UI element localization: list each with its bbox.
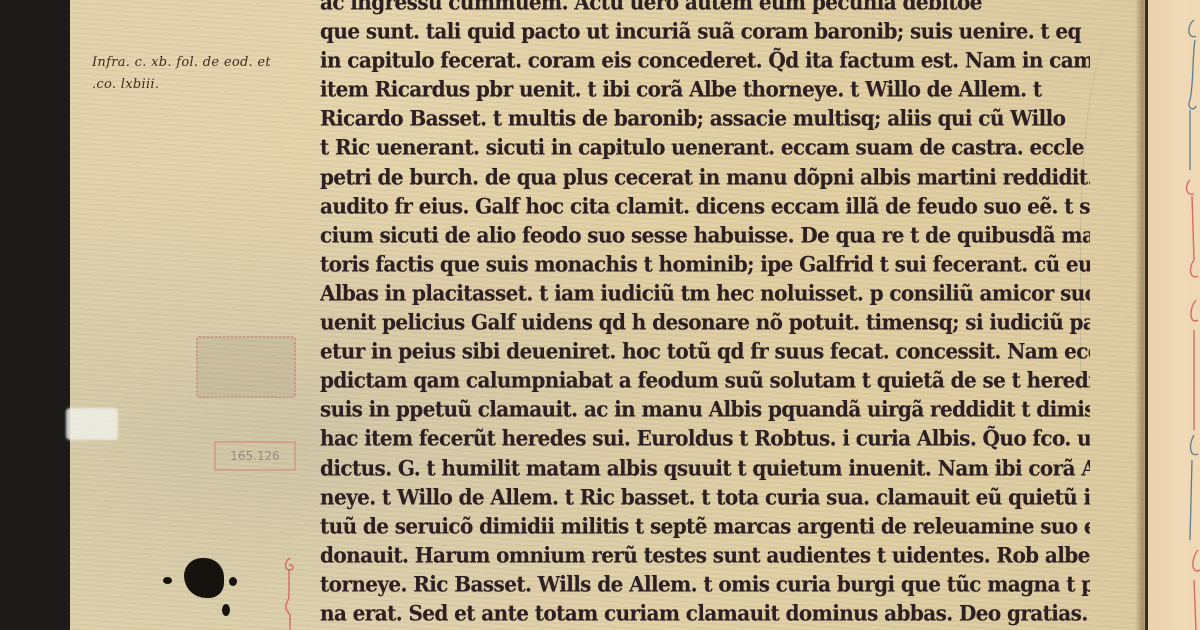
blue-red-flourish-border-icon: [1180, 0, 1200, 630]
text-line: donauit. Harum omnium rerũ testes sunt a…: [320, 540, 1090, 571]
text-line: Ricardo Basset. t multis de baronib; ass…: [320, 104, 1090, 135]
text-line: hac item fecerũt heredes sui. Euroldus t…: [320, 424, 1090, 455]
text-line: pdictam qam calumpniabat a feodum suũ so…: [320, 365, 1090, 396]
text-line: neye. t Willo de Allem. t Ric basset. t …: [320, 482, 1090, 513]
parchment-hole-small: [163, 577, 172, 584]
dark-binding-background: [0, 0, 70, 630]
manuscript-text-column: ac ingressu cummuem. Actu uero autem eum…: [320, 0, 1090, 628]
text-line: suis in ppetuũ clamauit. ac in manu Albi…: [320, 395, 1090, 426]
text-line: Albas in placitasset. t iam iudiciũ tm h…: [320, 278, 1090, 309]
text-line: tuũ de seruicõ dimidii militis t septẽ m…: [320, 511, 1090, 542]
gutter-fold-shadow: [1135, 0, 1149, 630]
text-line: in capitulo fecerat. coram eis concedere…: [320, 45, 1090, 76]
faded-shelfmark-stamp: 165.126: [214, 441, 296, 471]
text-line: dictus. G. t humilit matam albis qsuuit …: [320, 453, 1090, 484]
text-line: uenit pelicius Galf uidens qd h desonare…: [320, 307, 1090, 338]
text-line: toris factis que suis monachis t hominib…: [320, 249, 1090, 280]
text-line: cium sicuti de alio feodo suo sesse habu…: [320, 220, 1090, 251]
marginal-annotation: Infra. c. xb. fol. de eod. et .co. lxbii…: [92, 52, 302, 96]
parchment-hole-small: [229, 577, 237, 586]
text-line: que sunt. tali quid pacto ut incuriã suã…: [320, 16, 1090, 47]
marginal-note-line-2: .co. lxbiii.: [92, 74, 302, 96]
parchment-hole-small: [222, 604, 230, 616]
red-pen-flourish-icon: [282, 556, 296, 630]
text-line: petri de burch. de qua plus cecerat in m…: [320, 162, 1090, 193]
faded-library-stamp: [196, 336, 296, 398]
text-line: na erat. Sed et ante totam curiam clamau…: [320, 598, 1090, 629]
marginal-note-line-1: Infra. c. xb. fol. de eod. et: [92, 52, 302, 74]
text-line: audito fr eius. Galf hoc cita clamit. di…: [320, 191, 1090, 222]
parchment-repair-patch: [66, 408, 118, 440]
text-line: item Ricardus pbr uenit. t ibi corã Albe…: [320, 75, 1090, 106]
text-line: torneye. Ric Basset. Wills de Allem. t o…: [320, 569, 1090, 600]
text-line: t Ric uenerant. sicuti in capitulo uener…: [320, 133, 1090, 164]
text-line: etur in peius sibi deueniret. hoc totũ q…: [320, 336, 1090, 367]
text-line: ac ingressu cummuem. Actu uero autem eum…: [320, 0, 1090, 18]
